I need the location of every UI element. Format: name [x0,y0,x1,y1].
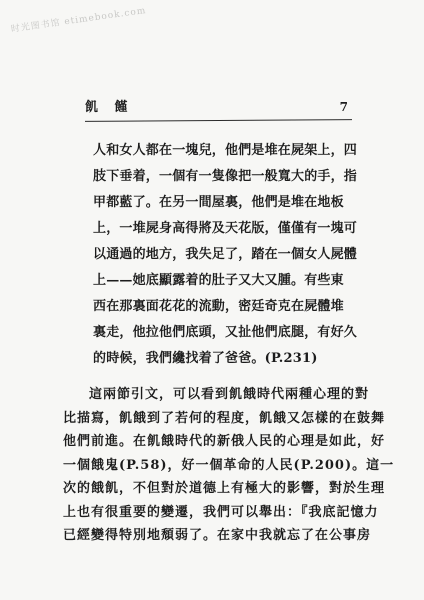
book-page: 时光图书馆 etimebook.com 飢 饉 7 人和女人都在一塊兒，他們是堆… [0,0,424,600]
paragraph-line: 次的餓飢，不但對於道德上有極大的影響，對於生理 [63,477,363,501]
running-header: 飢 饉 7 [85,96,352,115]
body-paragraph: 這兩節引文，可以看到飢餓時代兩種心理的對 比描寫，飢餓到了若何的程度，飢餓又怎樣… [63,383,363,548]
paragraph-line: 已經變得特別地頹弱了。在家中我就忘了在公事房 [63,524,363,548]
paragraph-line: 比描寫，飢餓到了若何的程度，飢餓又怎樣的在鼓舞 [63,407,363,431]
paragraph-line: 他們前進。在飢餓時代的新俄人民的心理是如此，好 [63,430,363,454]
quote-block: 人和女人都在一塊兒，他們是堆在屍架上，四 肢下垂着，一個有一隻像把一般寬大的手，… [93,138,356,372]
paragraph-line: 上也有很重要的變遷，我們可以舉出：『我底記憶力 [63,501,363,525]
page-content: 飢 饉 7 人和女人都在一塊兒，他們是堆在屍架上，四 肢下垂着，一個有一隻像把一… [63,96,363,548]
quote-line: 肢下垂着，一個有一隻像把一般寬大的手，指 [93,164,356,190]
page-number: 7 [340,100,352,114]
paragraph-line: 這兩節引文，可以看到飢餓時代兩種心理的對 [63,383,363,407]
running-header-title: 飢 饉 [85,96,134,115]
quote-line: 上，一堆屍身高得將及天花版，僅僅有一塊可 [93,216,356,242]
quote-line: 的時候，我們纔找着了爸爸。(P.231) [93,346,356,372]
paragraph-line: 一個餓鬼(P.58)，好一個革命的人民(P.200)。這一 [63,454,363,478]
quote-line: 上——她底顯露着的肚子又大又腫。有些東 [93,268,356,294]
quote-line: 裏走，他拉他們底頭，又扯他們底腿，有好久 [93,320,356,346]
quote-line: 人和女人都在一塊兒，他們是堆在屍架上，四 [93,138,356,164]
quote-line: 甲都藍了。在另一間屋裏，他們是堆在地板 [93,190,356,216]
watermark: 时光图书馆 etimebook.com [10,3,147,35]
header-rule [85,119,352,122]
quote-line: 西在那裏面花花的流動，密廷奇克在屍體堆 [93,294,356,320]
quote-line: 以通過的地方，我失足了，踏在一個女人屍體 [93,242,356,268]
